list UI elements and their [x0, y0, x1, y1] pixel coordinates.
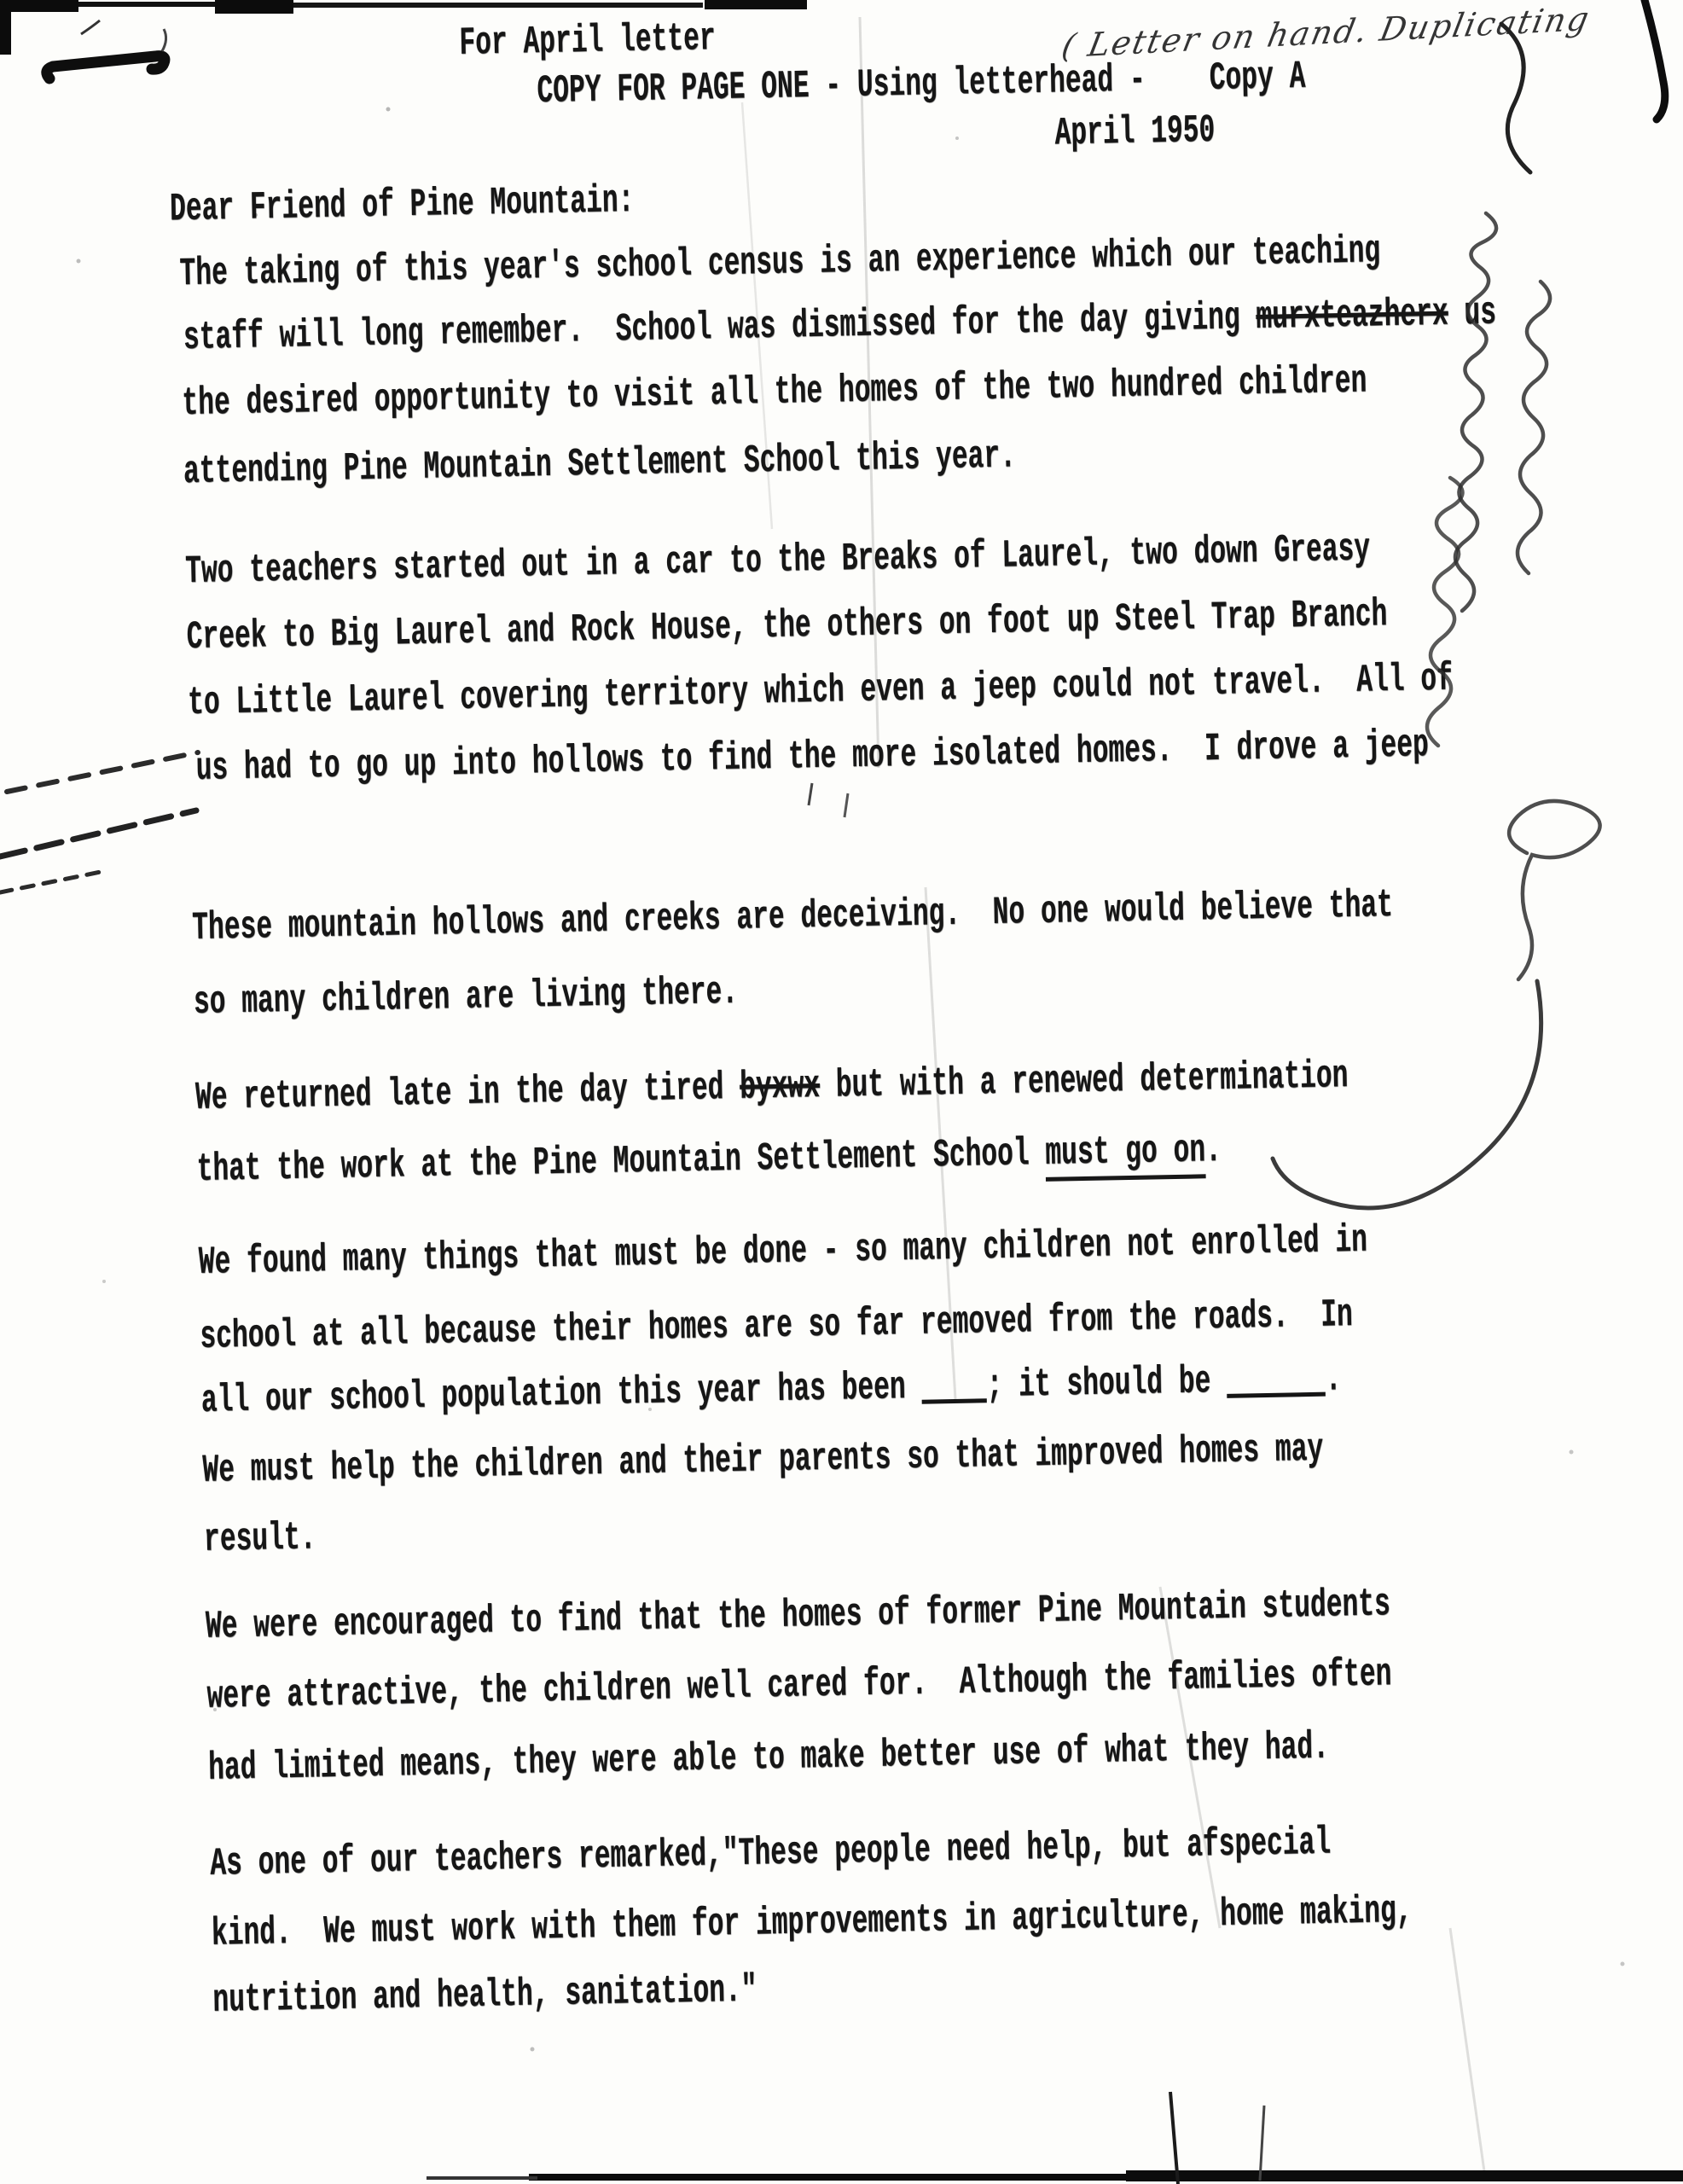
vertical-cursive-marginalia — [1509, 282, 1600, 979]
scan-edge-mark — [0, 0, 78, 12]
crease-line — [1450, 1928, 1484, 2171]
pencil-dashed-line — [0, 872, 101, 892]
paper-speck — [77, 259, 81, 264]
scan-edge-mark — [1645, 0, 1665, 119]
handwritten-brace — [1501, 24, 1530, 172]
paper-speck — [213, 1708, 217, 1711]
stray-mark — [809, 783, 812, 805]
crease-line — [926, 887, 955, 1399]
pencil-tick — [162, 29, 166, 51]
vertical-cursive-marginalia — [1455, 213, 1496, 611]
paper-speck — [1621, 1962, 1625, 1966]
crease-line — [742, 102, 772, 529]
scan-streak — [1260, 2106, 1264, 2181]
paper-speck — [955, 136, 959, 140]
crease-line — [1160, 1587, 1220, 1928]
scan-edge-mark — [427, 2176, 537, 2180]
scan-edge-mark — [529, 2174, 1135, 2181]
scan-edge-mark — [0, 0, 11, 55]
scan-edge-mark — [215, 0, 293, 14]
stray-mark — [844, 793, 848, 817]
paper-speck — [531, 2047, 535, 2052]
scan-edge-mark — [293, 3, 703, 8]
vertical-cursive-marginalia — [1427, 478, 1463, 746]
pencil-dashed-line — [7, 752, 198, 792]
paper-speck — [1570, 1450, 1574, 1455]
crease-line — [860, 17, 879, 768]
scan-streak — [1170, 2092, 1178, 2184]
pencil-dashed-line — [0, 810, 196, 857]
pencil-tick — [81, 20, 100, 34]
scan-edge-mark — [78, 2, 215, 7]
paper-speck — [254, 213, 258, 217]
pen-sweep-curve — [1273, 981, 1541, 1208]
scan-artifacts-layer — [0, 0, 1683, 2184]
ink-dash-mark — [47, 56, 165, 78]
paper-speck — [386, 107, 391, 112]
paper-background: ( Letter on hand. Duplicating For April … — [0, 0, 1683, 2184]
paper-speck — [102, 1280, 106, 1283]
scan-edge-mark — [705, 0, 807, 9]
scan-edge-mark — [1126, 2170, 1683, 2181]
scanned-letter-page: { "page": { "background": "#fdfdfb", "in… — [0, 0, 1683, 2184]
paper-speck — [648, 1408, 652, 1411]
